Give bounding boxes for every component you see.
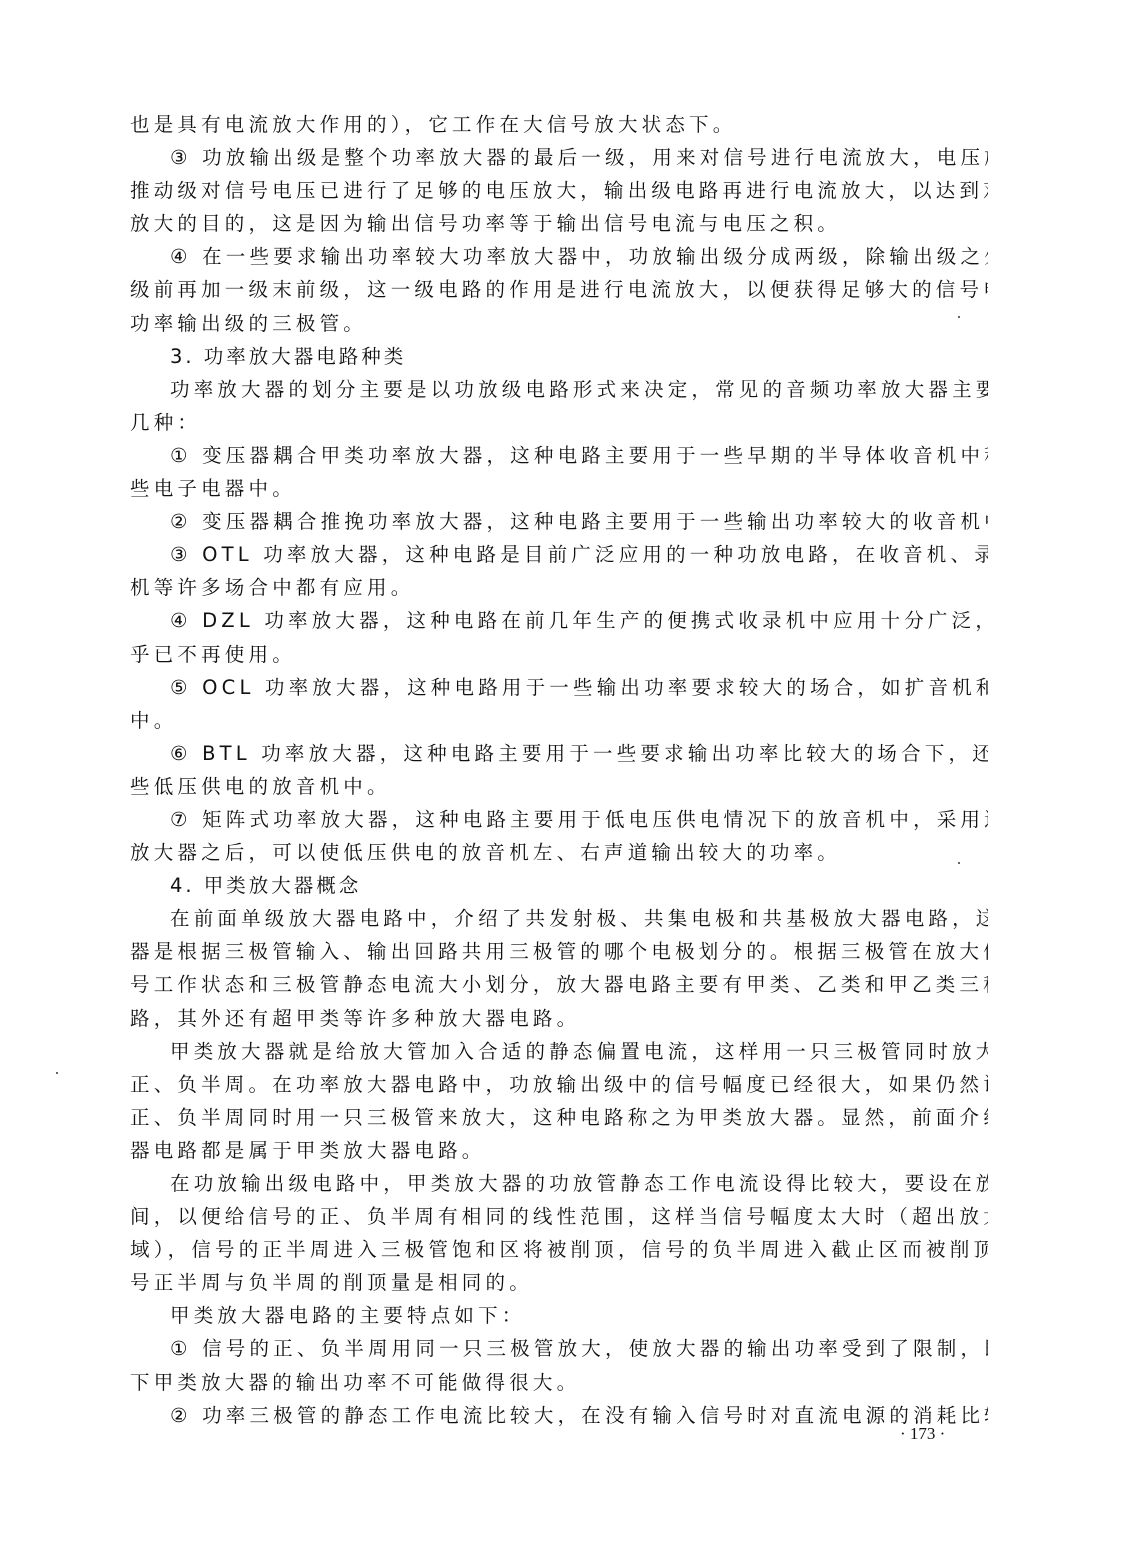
document-body: 也是具有电流放大作用的），它工作在大信号放大状态下。③ 功放输出级是整个功率放大…: [130, 108, 988, 1432]
text-line: 级前再加一级末前级，这一级电路的作用是进行电流放大，以便获得足够大的信号电流来激…: [130, 273, 988, 306]
text-line: ⑤ OCL 功率放大器，这种电路用于一些输出功率要求较大的场合，如扩音机和音响组…: [130, 671, 988, 704]
scan-speck: [958, 862, 960, 864]
text-line: 路，其外还有超甲类等许多种放大器电路。: [130, 1002, 988, 1035]
page-number: · 173 ·: [900, 1424, 945, 1444]
text-line: ④ 在一些要求输出功率较大功率放大器中，功放输出级分成两级，除输出级之外，在输出: [130, 240, 988, 273]
text-line: ⑦ 矩阵式功率放大器，这种电路主要用于低电压供电情况下的放音机中，采用这种功率: [130, 803, 988, 836]
text-line: 推动级对信号电压已进行了足够的电压放大，输出级电路再进行电流放大，以达到对信号功…: [130, 174, 988, 207]
text-line: ① 信号的正、负半周用同一只三极管放大，使放大器的输出功率受到了限制，即一般情况: [130, 1332, 988, 1365]
text-line: 几种：: [130, 406, 988, 439]
text-line: 也是具有电流放大作用的），它工作在大信号放大状态下。: [130, 108, 988, 141]
text-line: 功率放大器的划分主要是以功放级电路形式来决定，常见的音频功率放大器主要有下列: [130, 373, 988, 406]
text-line: ③ 功放输出级是整个功率放大器的最后一级，用来对信号进行电流放大，电压放大级和: [130, 141, 988, 174]
text-line: 正、负半周同时用一只三极管来放大，这种电路称之为甲类放大器。显然，前面介绍的各种…: [130, 1101, 988, 1134]
text-line: 放大的目的，这是因为输出信号功率等于输出信号电流与电压之积。: [130, 207, 988, 240]
text-line: 号工作状态和三极管静态电流大小划分，放大器电路主要有甲类、乙类和甲乙类三种放大器…: [130, 968, 988, 1001]
text-line: 号正半周与负半周的削顶量是相同的。: [130, 1266, 988, 1299]
text-line: 下甲类放大器的输出功率不可能做得很大。: [130, 1366, 988, 1399]
text-line: ② 功率三极管的静态工作电流比较大，在没有输入信号时对直流电源的消耗比较大，在: [130, 1399, 988, 1432]
section-heading: 3. 功率放大器电路种类: [130, 340, 988, 373]
text-line: 中。: [130, 704, 988, 737]
text-line: ② 变压器耦合推挽功率放大器，这种电路主要用于一些输出功率较大的收音机中。: [130, 505, 988, 538]
text-line: 域），信号的正半周进入三极管饱和区将被削顶，信号的负半周进入截止区而被削顶，此时…: [130, 1233, 988, 1266]
text-line: 放大器之后，可以使低压供电的放音机左、右声道输出较大的功率。: [130, 836, 988, 869]
text-line: 器电路都是属于甲类放大器电路。: [130, 1134, 988, 1167]
text-line: ① 变压器耦合甲类功率放大器，这种电路主要用于一些早期的半导体收音机中和其它一: [130, 439, 988, 472]
scan-speck: [958, 316, 960, 318]
text-line: 些低压供电的放音机中。: [130, 770, 988, 803]
scan-speck: [56, 1072, 58, 1074]
text-line: 间，以便给信号的正、负半周有相同的线性范围，这样当信号幅度太大时（超出放大管的线…: [130, 1200, 988, 1233]
scan-speck: [527, 1413, 529, 1415]
text-line: 器是根据三极管输入、输出回路共用三极管的哪个电极划分的。根据三极管在放大信号时的…: [130, 935, 988, 968]
text-line: 正、负半周。在功率放大器电路中，功放输出级中的信号幅度已经很大，如果仍然让一个信…: [130, 1068, 988, 1101]
text-line: ③ OTL 功率放大器，这种电路是目前广泛应用的一种功放电路，在收音机、录音机、…: [130, 538, 988, 571]
text-line: 甲类放大器就是给放大管加入合适的静态偏置电流，这样用一只三极管同时放大信号的: [130, 1035, 988, 1068]
text-line: ⑥ BTL 功率放大器，这种电路主要用于一些要求输出功率比较大的场合下，还有用于…: [130, 737, 988, 770]
text-line: 在前面单级放大器电路中，介绍了共发射极、共集电极和共基极放大器电路，这几种放大: [130, 902, 988, 935]
text-line: 些电子电器中。: [130, 472, 988, 505]
text-line: 机等许多场合中都有应用。: [130, 571, 988, 604]
text-line: ④ DZL 功率放大器，这种电路在前几年生产的便携式收录机中应用十分广泛，而现在…: [130, 604, 988, 637]
text-line: 功率输出级的三极管。: [130, 307, 988, 340]
text-line: 在功放输出级电路中，甲类放大器的功放管静态工作电流设得比较大，要设在放大区的中: [130, 1167, 988, 1200]
text-line: 乎已不再使用。: [130, 638, 988, 671]
section-heading: 4. 甲类放大器概念: [130, 869, 988, 902]
text-line: 甲类放大器电路的主要特点如下：: [130, 1299, 988, 1332]
